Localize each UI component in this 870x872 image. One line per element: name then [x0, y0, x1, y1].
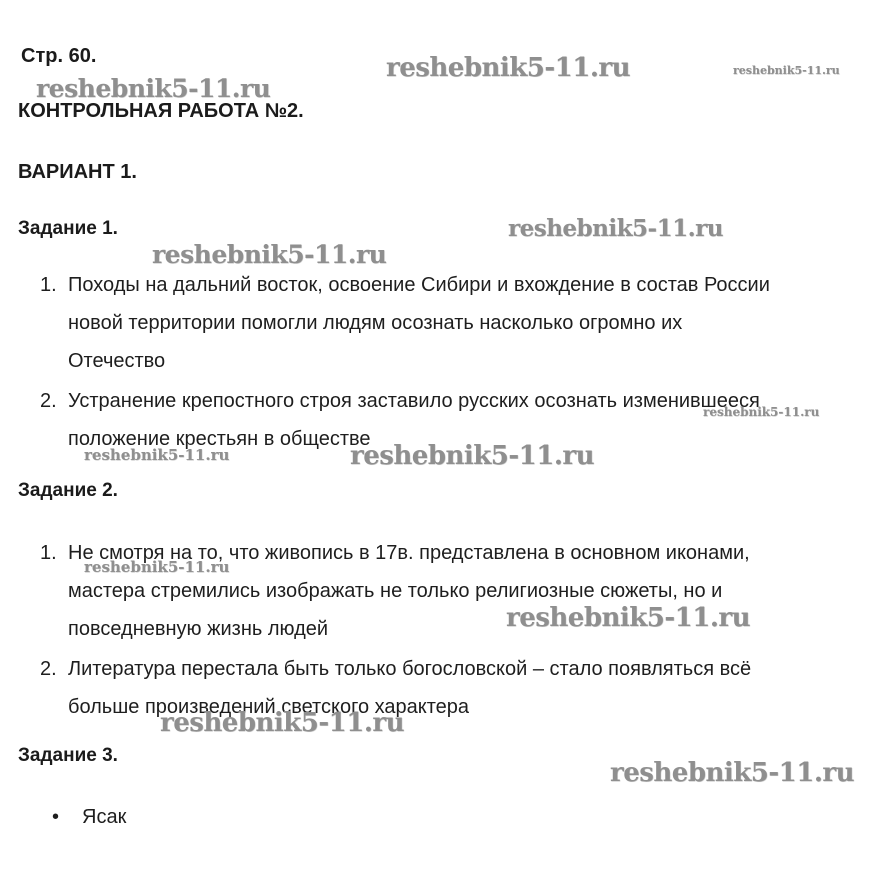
- watermark: reshebnik5-11.ru: [703, 405, 819, 419]
- document-page: Стр. 60. КОНТРОЛЬНАЯ РАБОТА №2. ВАРИАНТ …: [0, 0, 870, 872]
- task-3-list: • Ясак: [40, 798, 852, 838]
- watermark: reshebnik5-11.ru: [386, 53, 630, 83]
- task-2-heading: Задание 2.: [18, 480, 118, 502]
- list-item: 1. Походы на дальний восток, освоение Си…: [40, 266, 852, 380]
- watermark: reshebnik5-11.ru: [160, 708, 404, 738]
- item-marker: 1.: [40, 266, 68, 380]
- item-text: Ясак: [82, 798, 852, 836]
- item-marker: 1.: [40, 534, 68, 648]
- task-3-heading: Задание 3.: [18, 745, 118, 767]
- watermark: reshebnik5-11.ru: [506, 603, 750, 633]
- list-item: • Ясак: [40, 798, 852, 836]
- document-title: КОНТРОЛЬНАЯ РАБОТА №2.: [18, 100, 304, 123]
- bullet-marker: •: [40, 798, 82, 836]
- item-marker: 2.: [40, 382, 68, 458]
- watermark: reshebnik5-11.ru: [36, 74, 270, 103]
- watermark: reshebnik5-11.ru: [84, 558, 229, 576]
- task-1-list: 1. Походы на дальний восток, освоение Си…: [40, 266, 852, 460]
- task-1-heading: Задание 1.: [18, 218, 118, 240]
- watermark: reshebnik5-11.ru: [152, 240, 386, 269]
- page-number: Стр. 60.: [21, 45, 96, 68]
- item-text: Походы на дальний восток, освоение Сибир…: [68, 266, 852, 380]
- watermark: reshebnik5-11.ru: [733, 64, 840, 77]
- watermark: reshebnik5-11.ru: [84, 446, 229, 464]
- watermark: reshebnik5-11.ru: [610, 758, 854, 788]
- variant-heading: ВАРИАНТ 1.: [18, 161, 137, 184]
- watermark: reshebnik5-11.ru: [350, 441, 594, 471]
- item-marker: 2.: [40, 650, 68, 726]
- watermark: reshebnik5-11.ru: [508, 215, 723, 242]
